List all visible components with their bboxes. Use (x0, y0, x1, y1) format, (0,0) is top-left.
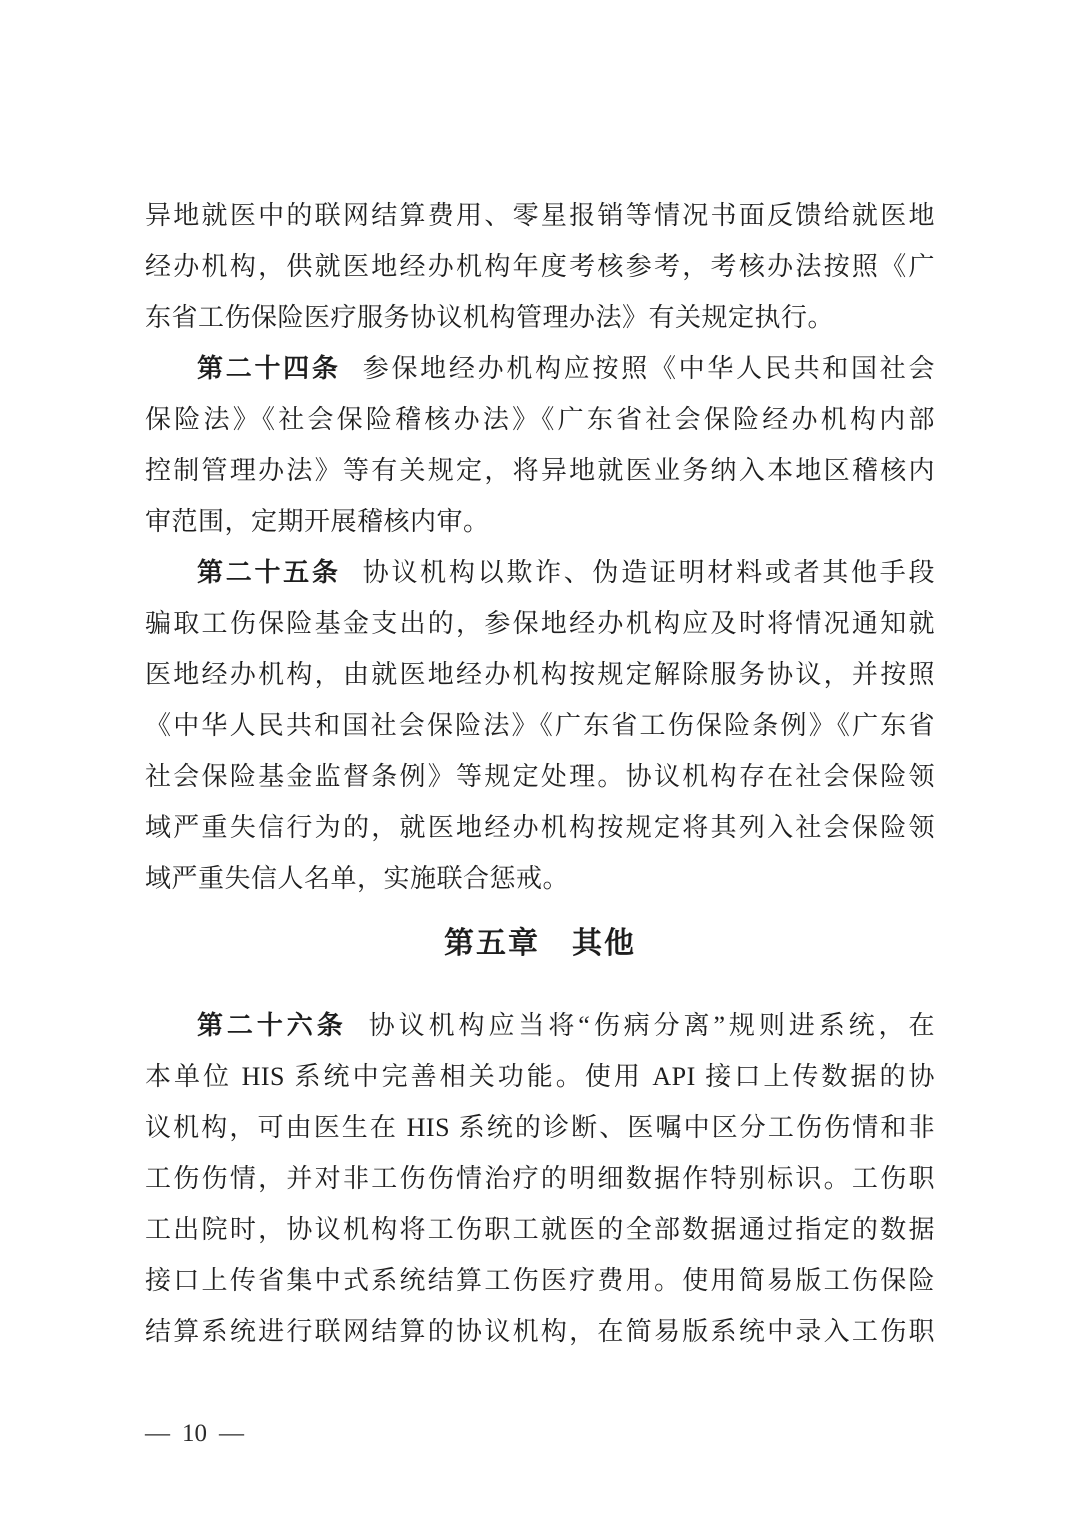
body-line: 东省工伤保险医疗服务协议机构管理办法》有关规定执行。 (145, 292, 935, 343)
body-line: 域严重失信行为的，就医地经办机构按规定将其列入社会保险领 (145, 802, 935, 853)
article-25-first-text: 协议机构以欺诈、伪造证明材料或者其他手段 (363, 558, 935, 587)
body-line: 《中华人民共和国社会保险法》《广东省工伤保险条例》《广东省 (145, 700, 935, 751)
body-line: 域严重失信人名单，实施联合惩戒。 (145, 853, 935, 904)
body-line: 本单位 HIS 系统中完善相关功能。使用 API 接口上传数据的协 (145, 1051, 935, 1102)
footer-right-dash: — (219, 1420, 244, 1447)
article-24-first-text: 参保地经办机构应按照《中华人民共和国社会 (363, 354, 935, 383)
body-line: 议机构，可由医生在 HIS 系统的诊断、医嘱中区分工伤伤情和非 (145, 1102, 935, 1153)
article-26-first-text: 协议机构应当将“伤病分离”规则进系统，在 (369, 1011, 935, 1040)
article-25-label: 第二十五条 (197, 557, 363, 587)
footer-left-dash: — (145, 1420, 170, 1447)
paragraph-article-24: 第二十四条参保地经办机构应按照《中华人民共和国社会 保险法》《社会保险稽核办法》… (145, 343, 935, 547)
page-number: 10 (182, 1420, 207, 1447)
chapter-heading: 第五章 其他 (145, 918, 935, 969)
body-line: 结算系统进行联网结算的协议机构，在简易版系统中录入工伤职 (145, 1306, 935, 1357)
paragraph-article-25: 第二十五条协议机构以欺诈、伪造证明材料或者其他手段 骗取工伤保险基金支出的，参保… (145, 547, 935, 904)
paragraph-article-26: 第二十六条协议机构应当将“伤病分离”规则进系统，在 本单位 HIS 系统中完善相… (145, 1000, 935, 1357)
paragraph-continuation: 异地就医中的联网结算费用、零星报销等情况书面反馈给就医地 经办机构，供就医地经办… (145, 190, 935, 343)
page-footer: —10— (145, 1414, 244, 1454)
body-line: 社会保险基金监督条例》等规定处理。协议机构存在社会保险领 (145, 751, 935, 802)
body-line: 第二十五条协议机构以欺诈、伪造证明材料或者其他手段 (145, 547, 935, 598)
body-line: 经办机构，供就医地经办机构年度考核参考，考核办法按照《广 (145, 241, 935, 292)
body-line: 医地经办机构，由就医地经办机构按规定解除服务协议，并按照 (145, 649, 935, 700)
body-text: 异地就医中的联网结算费用、零星报销等情况书面反馈给就医地 经办机构，供就医地经办… (145, 0, 935, 1357)
body-line: 控制管理办法》等有关规定，将异地就医业务纳入本地区稽核内 (145, 445, 935, 496)
document-page: 异地就医中的联网结算费用、零星报销等情况书面反馈给就医地 经办机构，供就医地经办… (0, 0, 1080, 1527)
article-24-label: 第二十四条 (197, 353, 363, 383)
body-line: 工出院时，协议机构将工伤职工就医的全部数据通过指定的数据 (145, 1204, 935, 1255)
body-line: 异地就医中的联网结算费用、零星报销等情况书面反馈给就医地 (145, 190, 935, 241)
body-line: 接口上传省集中式系统结算工伤医疗费用。使用简易版工伤保险 (145, 1255, 935, 1306)
body-line: 第二十六条协议机构应当将“伤病分离”规则进系统，在 (145, 1000, 935, 1051)
body-line: 工伤伤情，并对非工伤伤情治疗的明细数据作特别标识。工伤职 (145, 1153, 935, 1204)
body-line: 骗取工伤保险基金支出的，参保地经办机构应及时将情况通知就 (145, 598, 935, 649)
body-line: 审范围，定期开展稽核内审。 (145, 496, 935, 547)
article-26-label: 第二十六条 (197, 1010, 369, 1040)
body-line: 保险法》《社会保险稽核办法》《广东省社会保险经办机构内部 (145, 394, 935, 445)
body-line: 第二十四条参保地经办机构应按照《中华人民共和国社会 (145, 343, 935, 394)
